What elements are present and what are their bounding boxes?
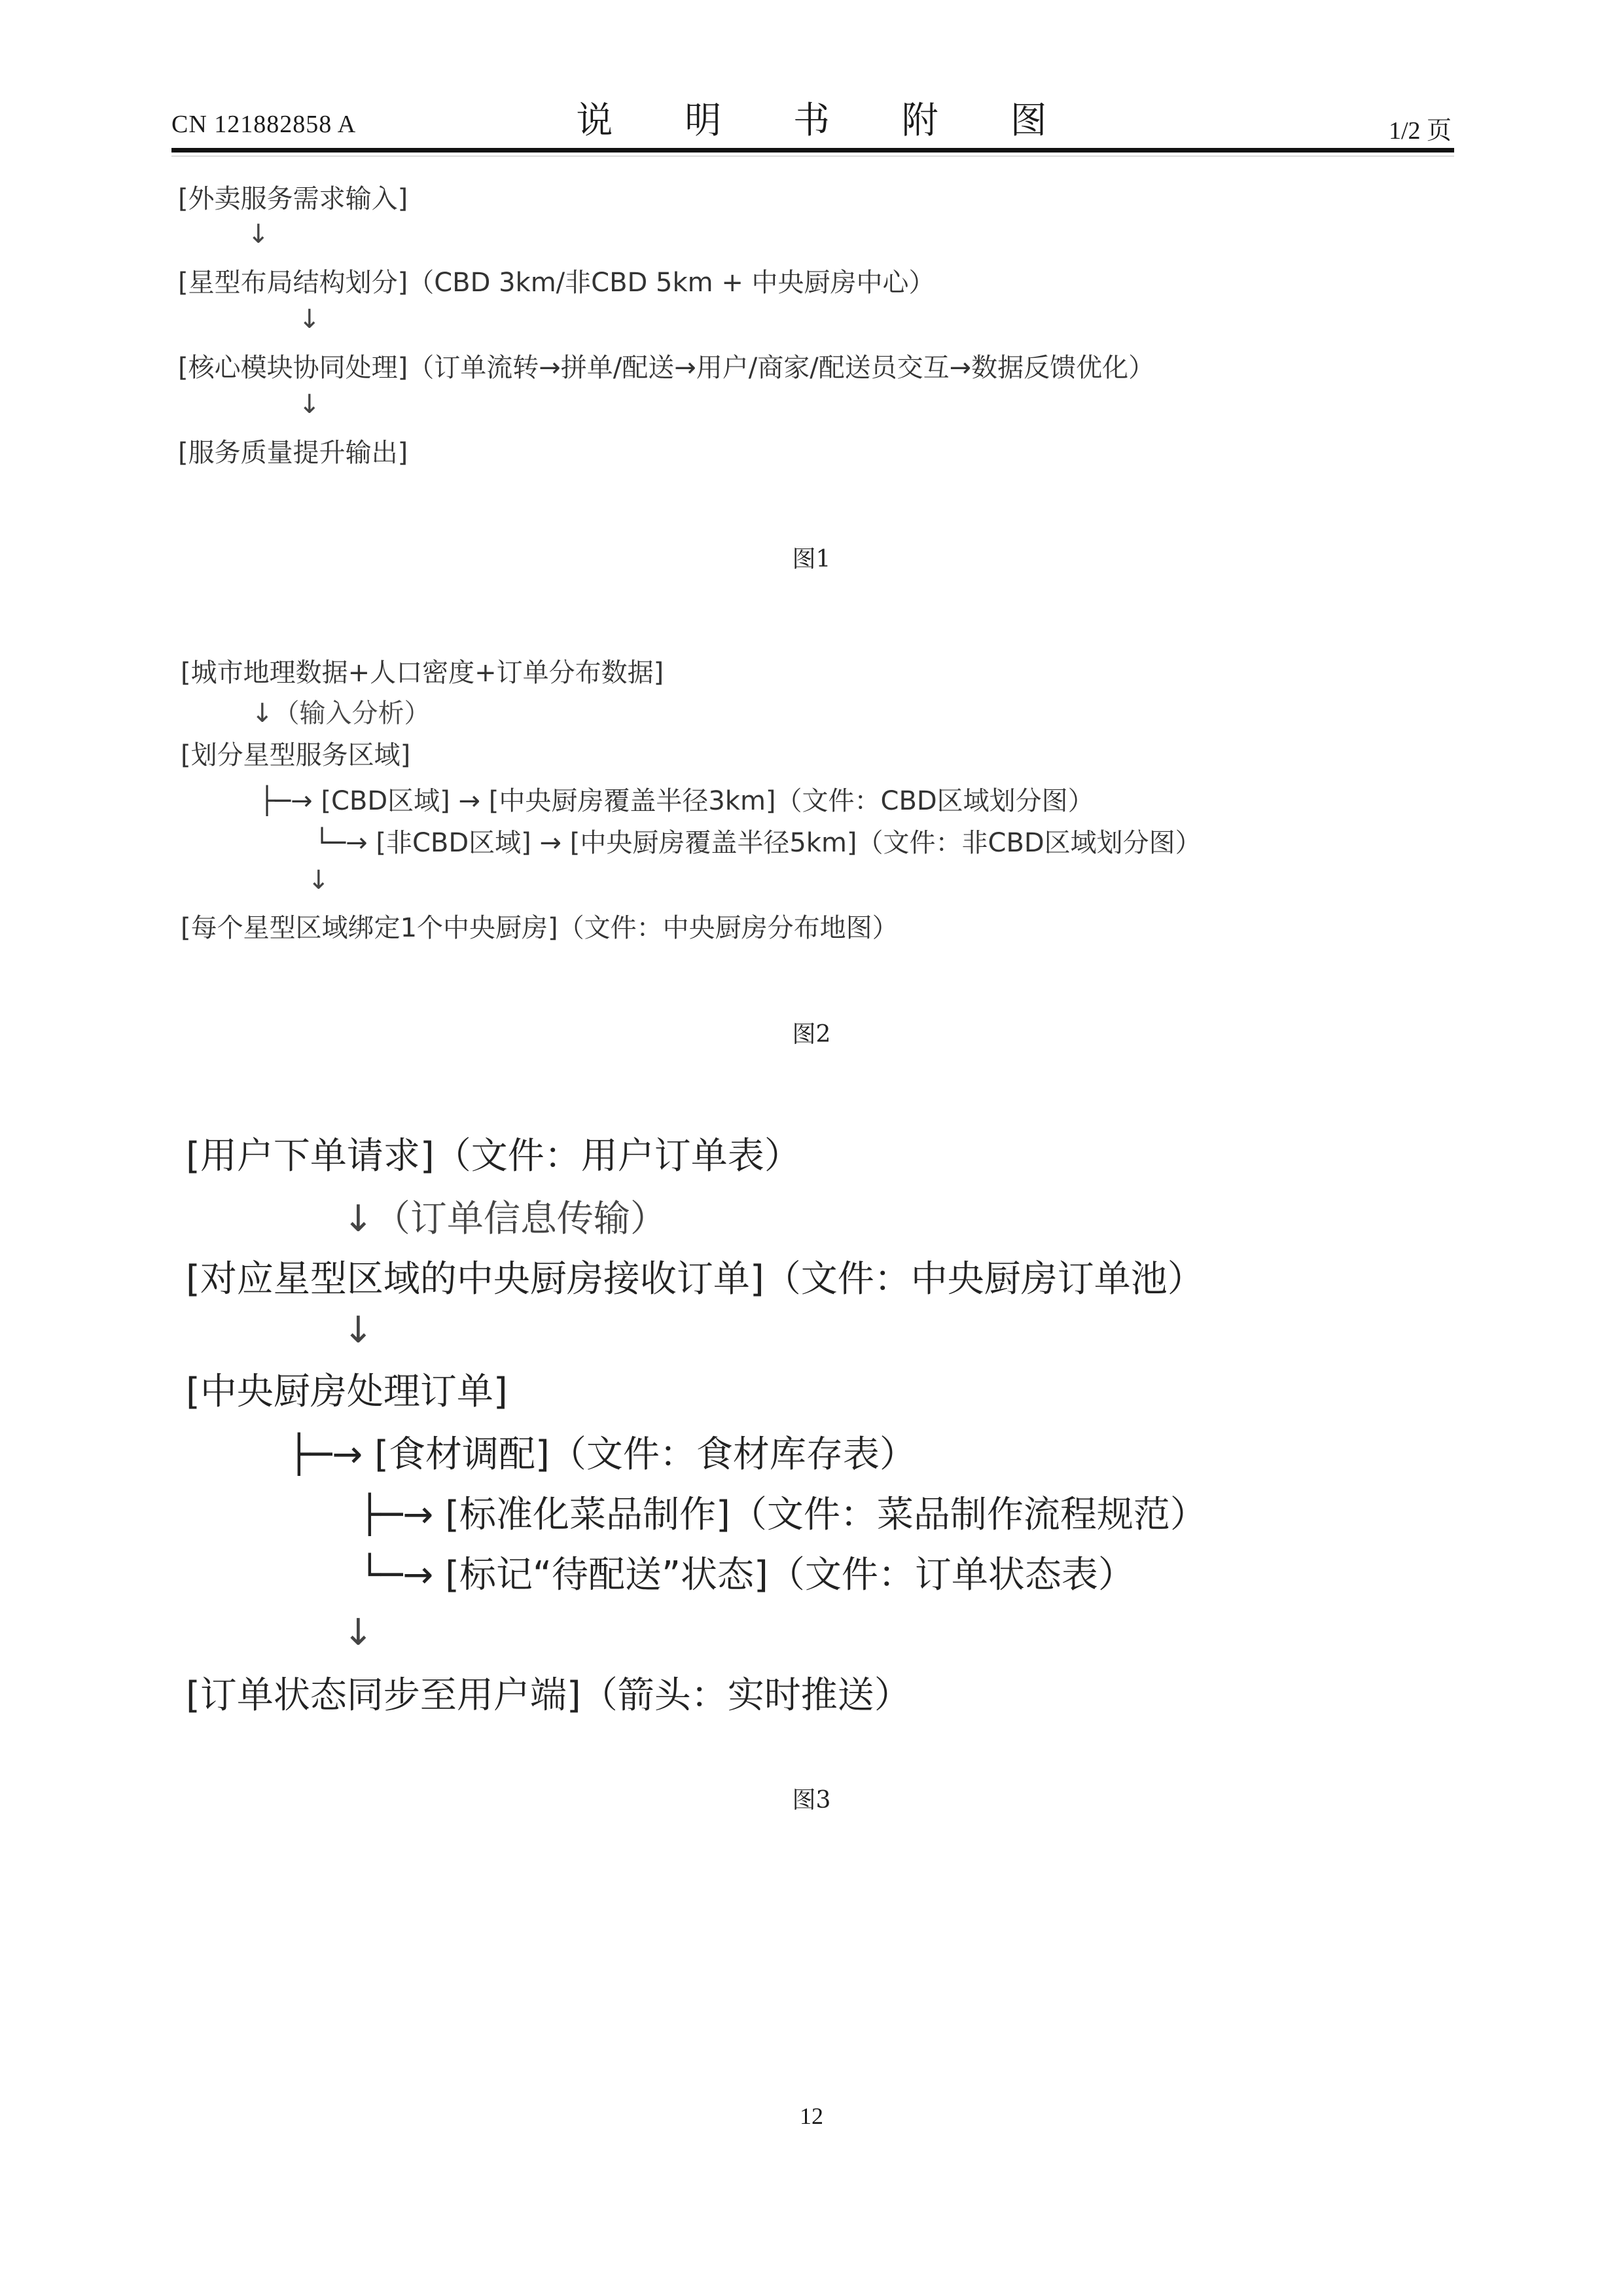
branch-standard-dishes: ├─→ [标准化菜品制作]（文件：菜品制作流程规范） (359, 1486, 1207, 1538)
figure-caption: 图3 (0, 1782, 1623, 1815)
page-indicator: 1/2 页 (1389, 110, 1452, 146)
branch-cbd-zone: ├─→ [CBD区域] → [中央厨房覆盖半径3km]（文件：CBD区域划分图） (259, 780, 1094, 817)
branch-non-cbd-zone: └─→ [非CBD区域] → [中央厨房覆盖半径5km]（文件：非CBD区域划分… (314, 822, 1202, 859)
flow-node-demand-input: [外卖服务需求输入] (178, 178, 408, 215)
flow-node-divide-zones: [划分星型服务区域] (181, 734, 410, 772)
flow-node-user-order: [用户下单请求]（文件：用户订单表） (186, 1127, 801, 1179)
down-arrow-icon: ↓ (298, 304, 321, 334)
branch-mark-pending: └─→ [标记“待配送”状态]（文件：订单状态表） (359, 1546, 1135, 1598)
down-arrow-transfer: ↓（订单信息传输） (343, 1190, 667, 1242)
down-arrow-icon: ↓ (343, 1309, 374, 1352)
flow-node-city-data: [城市地理数据+人口密度+订单分布数据] (181, 652, 664, 689)
page-number: 12 (0, 2102, 1623, 2130)
flow-node-status-sync: [订单状态同步至用户端]（箭头：实时推送） (186, 1666, 911, 1719)
down-arrow-icon: ↓ (343, 1611, 374, 1654)
down-arrow-icon: ↓ (298, 389, 321, 420)
figure-caption: 图1 (0, 541, 1623, 574)
page-title: 说 明 书 附 图 (0, 92, 1623, 144)
flow-node-core-modules: [核心模块协同处理]（订单流转→拼单/配送→用户/商家/配送员交互→数据反馈优化… (178, 347, 1154, 384)
header-divider-thin (171, 156, 1454, 156)
down-arrow-icon: ↓ (247, 219, 270, 249)
flow-node-kitchen-process: [中央厨房处理订单] (186, 1363, 508, 1415)
flow-node-star-layout: [星型布局结构划分]（CBD 3km/非CBD 5km + 中央厨房中心） (178, 262, 935, 299)
flow-node-quality-output: [服务质量提升输出] (178, 432, 408, 469)
header-divider (171, 148, 1454, 152)
down-arrow-icon: ↓ (308, 865, 330, 895)
flow-node-kitchen-receive: [对应星型区域的中央厨房接收订单]（文件：中央厨房订单池） (186, 1250, 1204, 1302)
down-arrow-analysis: ↓（输入分析） (251, 692, 431, 730)
branch-ingredient-allocation: ├─→ [食材调配]（文件：食材库存表） (288, 1426, 916, 1478)
figure-caption: 图2 (0, 1016, 1623, 1049)
flow-node-bind-kitchen: [每个星型区域绑定1个中央厨房]（文件：中央厨房分布地图） (181, 907, 899, 944)
